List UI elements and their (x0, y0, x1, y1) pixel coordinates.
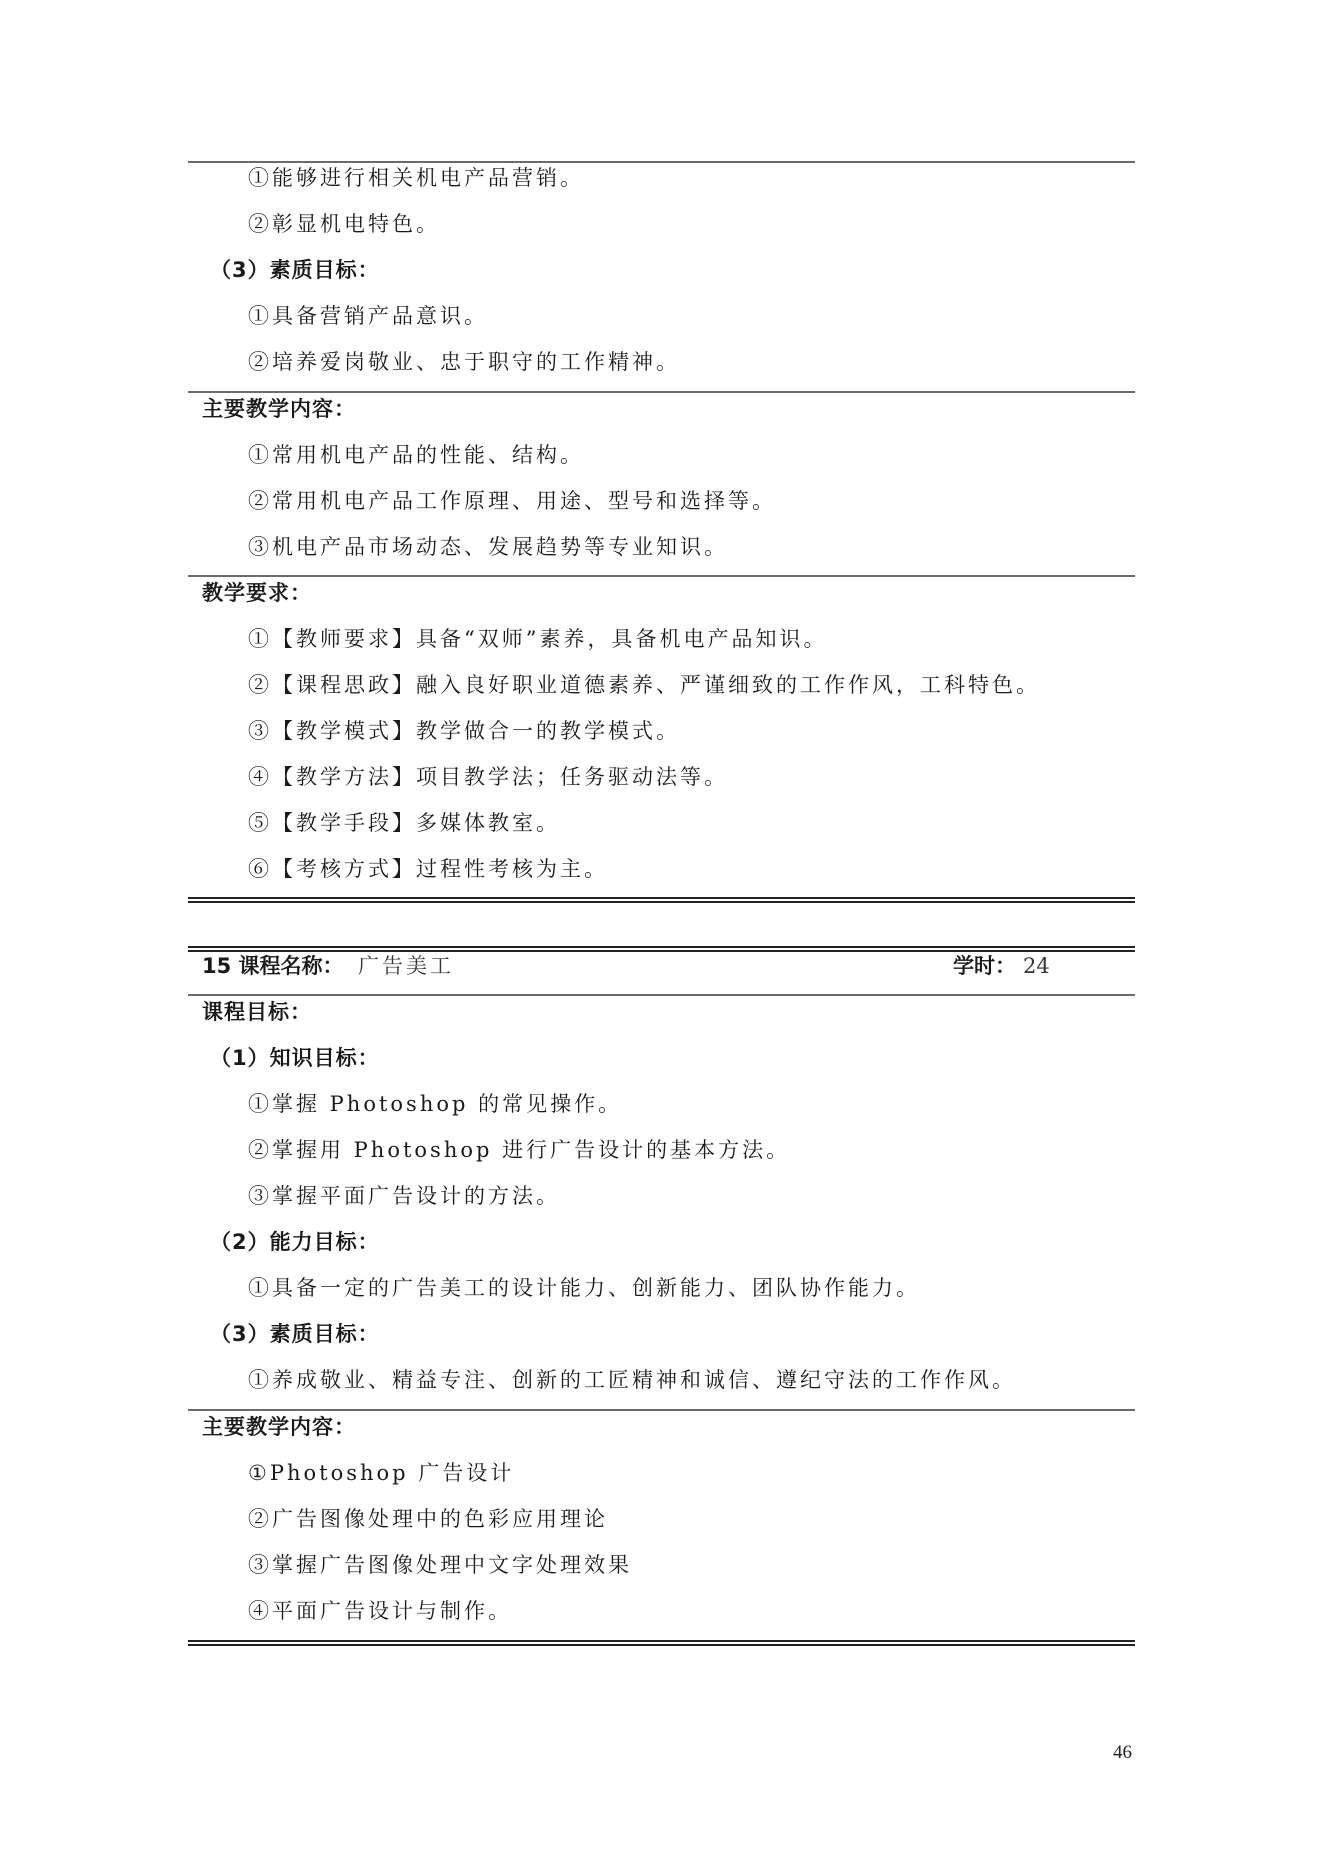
quality-item-1: ①养成敬业、精益专注、创新的工匠精神和诚信、遵纪守法的工作作风。 (248, 1366, 1016, 1394)
ability-item-1: ①能够进行相关机电产品营销。 (248, 164, 584, 192)
requirement-item-6: ⑥【考核方式】过程性考核为主。 (248, 855, 608, 883)
ability-item-2: ②彰显机电特色。 (248, 210, 440, 238)
quality-item-1: ①具备营销产品意识。 (248, 302, 488, 330)
requirement-item-5: ⑤【教学手段】多媒体教室。 (248, 809, 560, 837)
ability-heading: （2）能力目标： (210, 1228, 380, 1256)
knowledge-item-2: ②掌握用 Photoshop 进行广告设计的基本方法。 (248, 1136, 790, 1164)
requirements-heading: 教学要求： (202, 579, 312, 607)
requirement-item-1: ①【教师要求】具备“双师”素养，具备机电产品知识。 (248, 625, 827, 653)
content-item-3: ③掌握广告图像处理中文字处理效果 (248, 1551, 632, 1579)
content-heading: 主要教学内容： (202, 1413, 356, 1441)
content-item-2: ②广告图像处理中的色彩应用理论 (248, 1505, 608, 1533)
row-divider (188, 994, 1135, 996)
knowledge-item-1: ①掌握 Photoshop 的常见操作。 (248, 1090, 622, 1118)
content-item-3: ③机电产品市场动态、发展趋势等专业知识。 (248, 533, 728, 561)
row-divider (188, 391, 1135, 393)
knowledge-heading: （1）知识目标： (210, 1044, 380, 1072)
hours-label: 学时： (953, 952, 1016, 980)
page-number: 46 (1113, 1742, 1132, 1764)
content-item-1: ①Photoshop 广告设计 (248, 1459, 514, 1487)
quality-heading: （3）素质目标： (210, 1320, 380, 1348)
quality-item-2: ②培养爱岗敬业、忠于职守的工作精神。 (248, 348, 680, 376)
course-name: 广告美工 (358, 952, 454, 980)
course-number-label: 15 课程名称： (202, 952, 344, 980)
quality-heading: （3）素质目标： (210, 256, 380, 284)
objectives-heading: 课程目标： (202, 998, 312, 1026)
table-top-rule (188, 161, 1135, 163)
table-bottom-double-rule (188, 897, 1135, 903)
table-bottom-double-rule (188, 1640, 1135, 1646)
requirement-item-3: ③【教学模式】教学做合一的教学模式。 (248, 717, 680, 745)
content-heading: 主要教学内容： (202, 395, 356, 423)
row-divider (188, 1409, 1135, 1411)
content-item-2: ②常用机电产品工作原理、用途、型号和选择等。 (248, 487, 776, 515)
requirement-item-2: ②【课程思政】融入良好职业道德素养、严谨细致的工作作风，工科特色。 (248, 671, 1040, 699)
row-divider (188, 575, 1135, 577)
document-page: ①能够进行相关机电产品营销。 ②彰显机电特色。 （3）素质目标： ①具备营销产品… (0, 0, 1323, 1871)
requirement-item-4: ④【教学方法】项目教学法；任务驱动法等。 (248, 763, 728, 791)
knowledge-item-3: ③掌握平面广告设计的方法。 (248, 1182, 560, 1210)
ability-item-1: ①具备一定的广告美工的设计能力、创新能力、团队协作能力。 (248, 1274, 920, 1302)
content-item-1: ①常用机电产品的性能、结构。 (248, 441, 584, 469)
hours-value: 24 (1023, 952, 1050, 980)
content-item-4: ④平面广告设计与制作。 (248, 1597, 512, 1625)
